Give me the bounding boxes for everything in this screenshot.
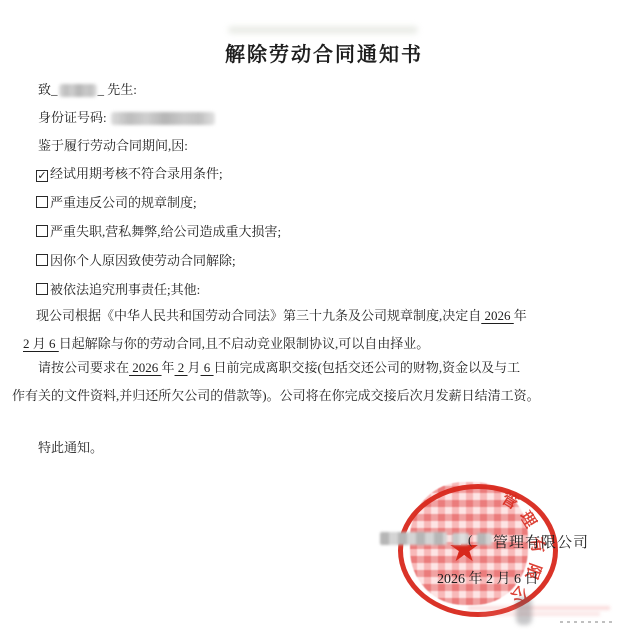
handover-paragraph-line1: 请按公司要求在 2026 年 2 月 6 日前完成离职交接(包括交还公司的财物,…	[38, 358, 520, 377]
company-name-visible: 管理有限公司	[493, 531, 589, 552]
reason-text: 严重失职,营私舞弊,给公司造成重大损害;	[50, 224, 281, 239]
checkbox-empty-icon	[36, 225, 48, 237]
id-number-line: 身份证号码:	[38, 108, 215, 127]
handover-paragraph-line2: 作有关的文件资料,并归还所欠公司的借款等)。公司将在你完成交接后次月发薪日结清工…	[12, 386, 540, 405]
reason-row: 严重违反公司的规章制度;	[36, 193, 197, 212]
redacted-company-name-block	[452, 533, 469, 545]
signature-date: 2026 年 2 月 6 日	[437, 568, 539, 588]
reason-text: 因你个人原因致使劳动合同解除;	[50, 253, 236, 268]
pink-smudge	[468, 606, 610, 610]
checkbox-empty-icon	[36, 283, 48, 295]
id-label: 身份证号码:	[38, 110, 107, 125]
redacted-name	[59, 84, 97, 97]
document-title: 解除劳动合同通知书	[14, 38, 620, 67]
reason-row: 严重失职,营私舞弊,给公司造成重大损害;	[36, 222, 281, 241]
reason-row: ✓经试用期考核不符合录用条件;	[36, 164, 223, 183]
dotted-artifact	[560, 621, 615, 623]
termination-notice-document: 解除劳动合同通知书 致__ 先生: 身份证号码: 鉴于履行劳动合同期间,因: ✓…	[0, 0, 620, 636]
checkbox-checked-icon: ✓	[36, 170, 48, 182]
reason-text: 被依法追究刑事责任;其他:	[50, 282, 200, 297]
redacted-company-name-block	[380, 532, 447, 545]
decision-paragraph-line2: 2 月 6 日起解除与你的劳动合同,且不启动竞业限制协议,可以自由择业。	[23, 334, 429, 353]
checkbox-empty-icon	[36, 196, 48, 208]
salutation-prefix: 致	[38, 82, 51, 97]
reason-text: 严重违反公司的规章制度;	[50, 195, 197, 210]
checkbox-empty-icon	[36, 254, 48, 266]
closing-line: 特此通知。	[38, 438, 103, 457]
redacted-id-number	[111, 112, 215, 125]
gray-smudge	[516, 597, 532, 625]
faint-watermark-smudge	[228, 26, 418, 34]
decision-paragraph-line1: 现公司根据《中华人民共和国劳动合同法》第三十九条及公司规章制度,决定自 2026…	[36, 306, 527, 325]
reason-row: 因你个人原因致使劳动合同解除;	[36, 251, 236, 270]
intro-line: 鉴于履行劳动合同期间,因:	[38, 136, 188, 155]
redacted-company-name-block	[477, 533, 492, 545]
salutation-suffix: 先生:	[104, 82, 137, 97]
pink-smudge	[480, 612, 600, 616]
underscore: _	[51, 82, 58, 97]
reason-text: 经试用期考核不符合录用条件;	[50, 166, 223, 181]
reason-row: 被依法追究刑事责任;其他:	[36, 280, 200, 299]
salutation-line: 致__ 先生:	[38, 80, 137, 99]
partial-character-fragment: (	[468, 532, 472, 548]
